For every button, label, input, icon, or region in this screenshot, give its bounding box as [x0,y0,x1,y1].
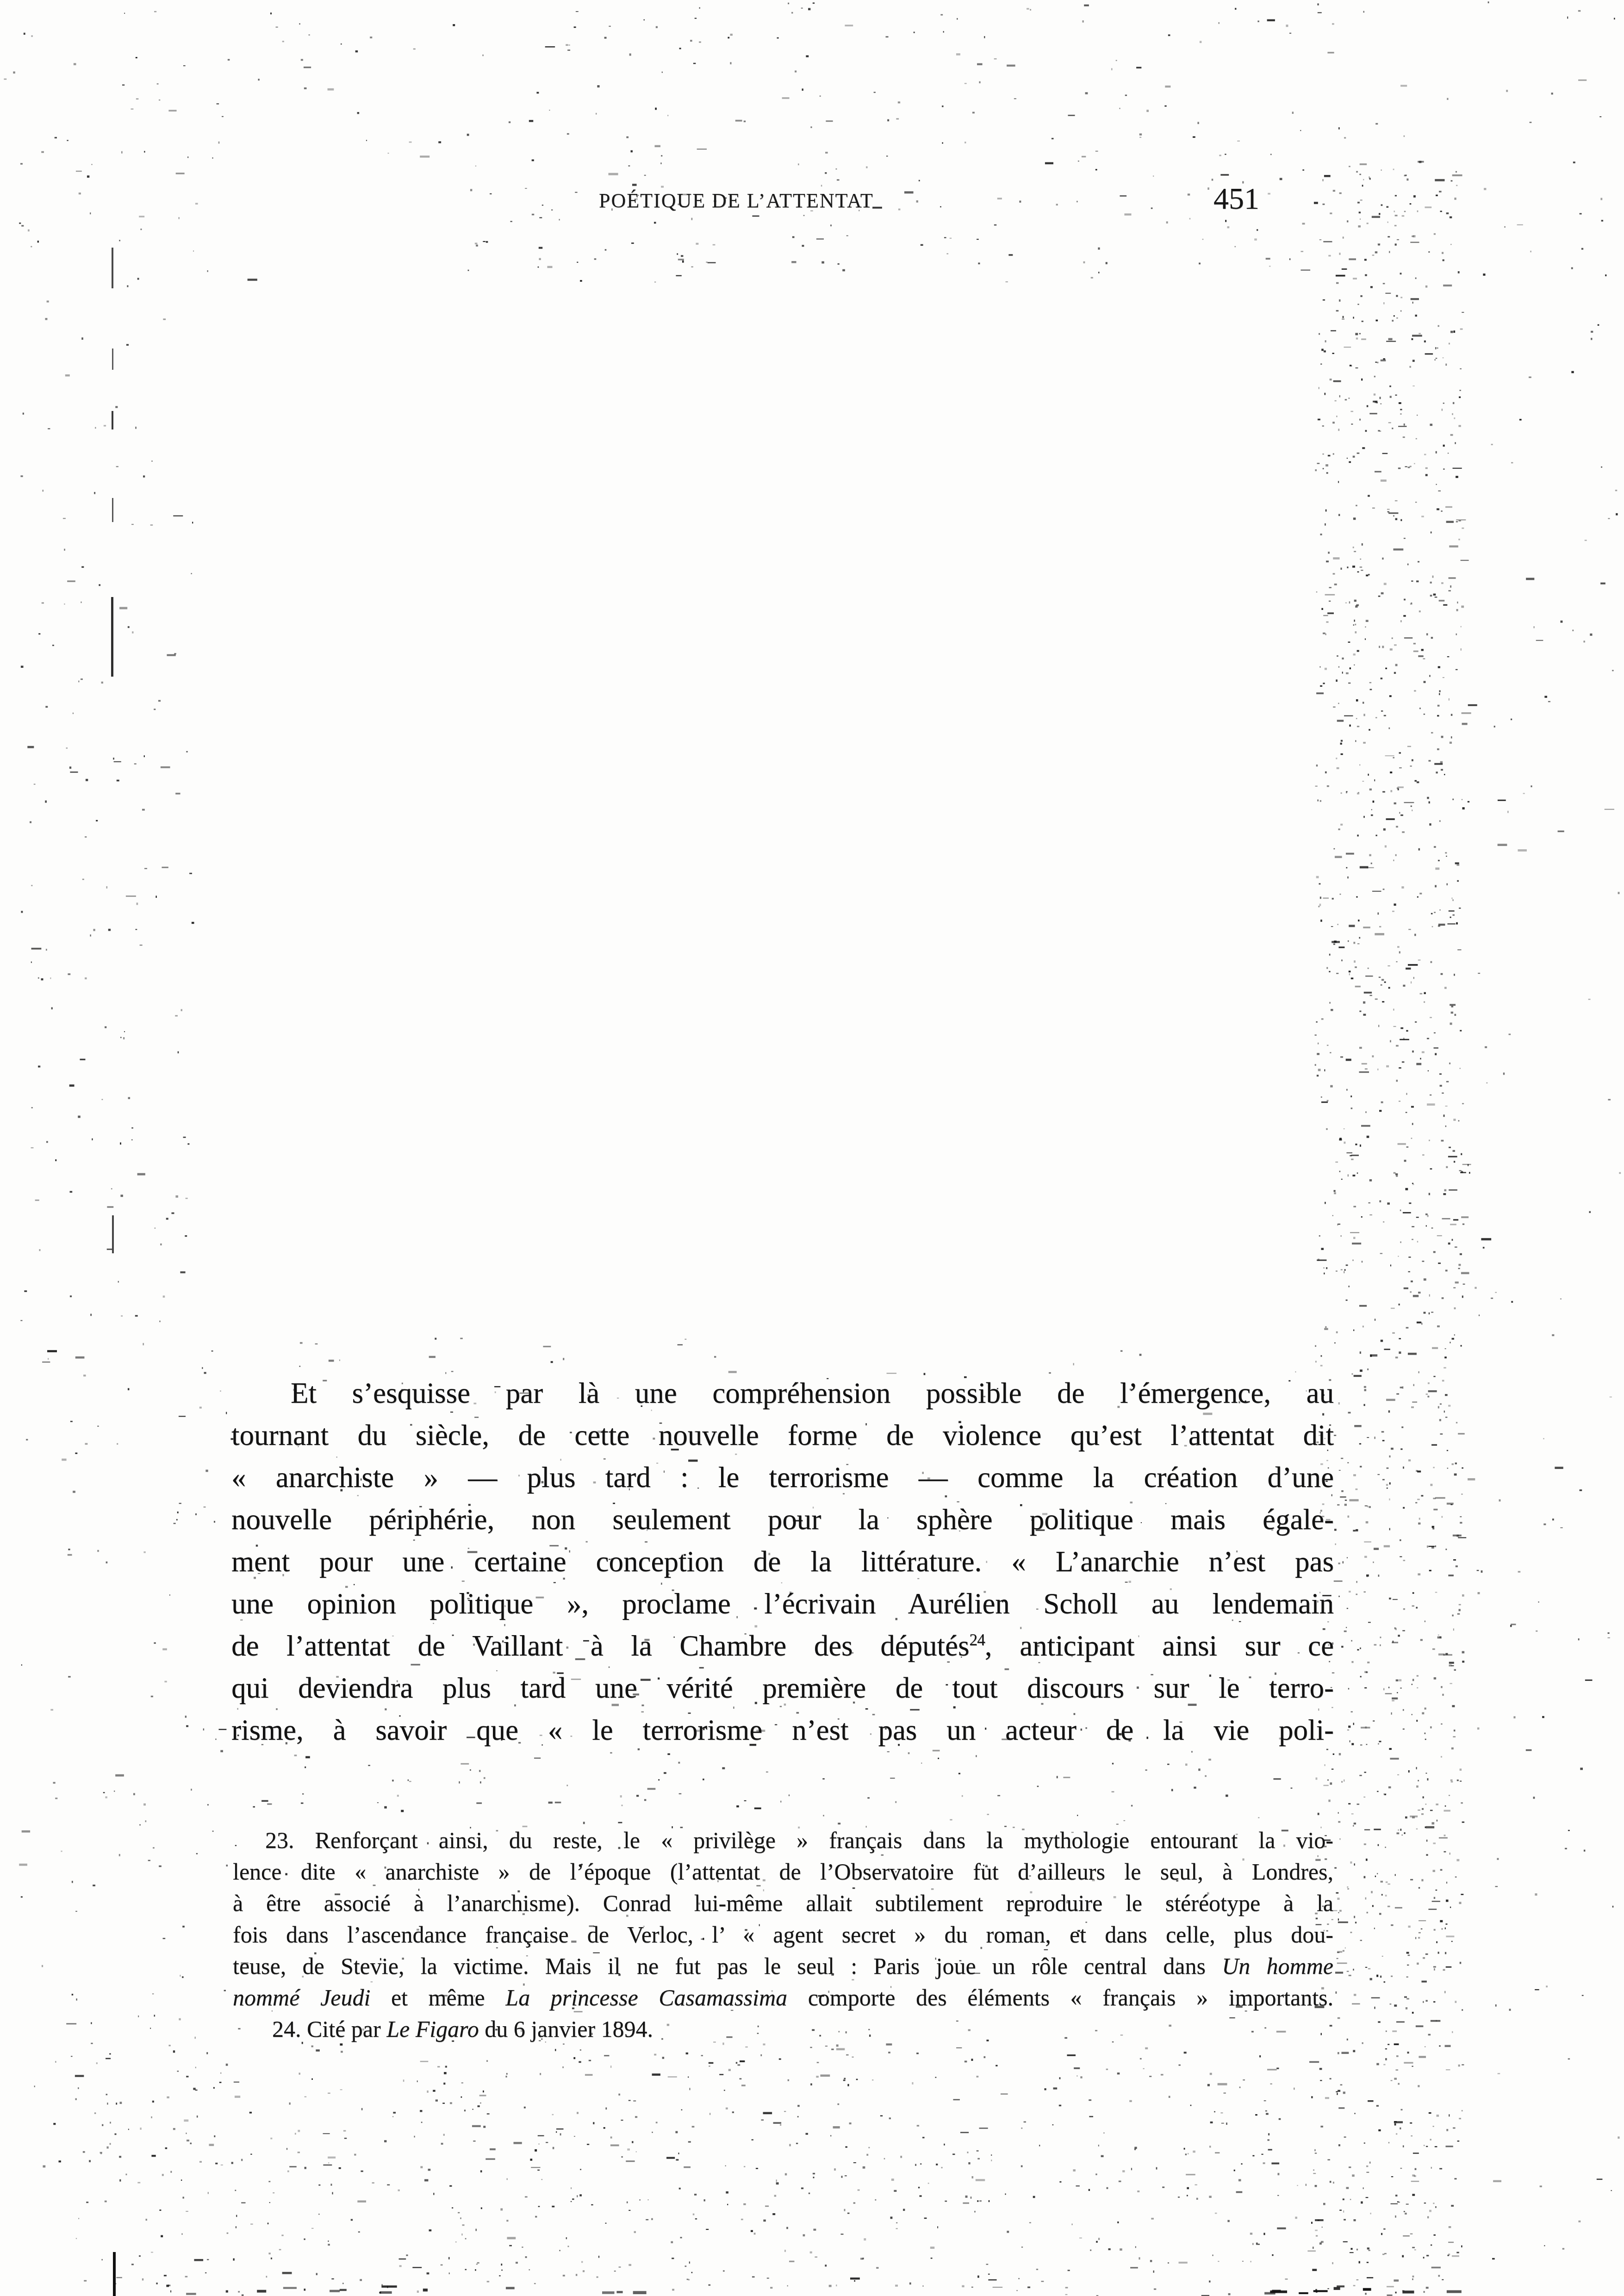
paragraph-line: une opinion politique », proclame l’écri… [231,1583,1334,1625]
footnote-text: du 6 janvier 1894. [479,2016,653,2042]
footnote-text: fois dans l’ascendance française de Verl… [233,1922,1333,1948]
footnote-line: 23. Renforçant ainsi, du reste, le « pri… [233,1824,1333,1856]
scan-artifact-line [111,597,113,677]
footnote-reference-24: 24 [970,1631,985,1649]
paragraph-line: ment pour une certaine conception de la … [231,1541,1334,1583]
running-title: POÉTIQUE DE L’ATTENTAT [599,189,874,212]
book-title: Un homme [1222,1953,1333,1979]
footnote-text: à être associé à l’anarchisme). Conrad l… [233,1890,1333,1916]
footnote-line: nommé Jeudi et même La princesse Casamas… [233,1982,1333,2013]
footnote-text: et même [370,1985,505,2010]
footnote-text: 24. Cité par [272,2016,386,2042]
book-title: La princesse Casamassima [505,1985,787,2010]
book-title: nommé Jeudi [233,1985,370,2010]
footnote-line: teuse, de Stevie, la victime. Mais il ne… [233,1950,1333,1982]
footnote-23: 23. Renforçant ainsi, du reste, le « pri… [233,1824,1333,2013]
footnote-line: lence dite « anarchiste » de l’époque (l… [233,1856,1333,1887]
scan-artifact-line [112,1215,114,1253]
footnotes-section: 23. Renforçant ainsi, du reste, le « pri… [233,1824,1333,2045]
footnote-text: 23. Renforçant ainsi, du reste, le « pri… [265,1827,1333,1853]
paragraph-text: « anarchiste » — plus tard : le terroris… [231,1461,1334,1493]
paragraph-text: de l’attentat de Vaillant à la Chambre d… [231,1630,970,1662]
scan-artifact-line [112,498,113,522]
paragraph-text: une opinion politique », proclame l’écri… [231,1587,1334,1620]
blank-figure-area [194,282,1314,1333]
paragraph-text: qui deviendra plus tard une vérité premi… [231,1672,1334,1704]
scan-artifact-line [113,2252,116,2296]
paragraph-text: , anticipant ainsi sur ce [985,1630,1334,1662]
scan-artifact-line [112,348,113,370]
paragraph-line: « anarchiste » — plus tard : le terroris… [231,1456,1334,1499]
newspaper-title: Le Figaro [386,2016,479,2042]
footnote-line: 24. Cité par Le Figaro du 6 janvier 1894… [233,2013,1333,2045]
footnote-24: 24. Cité par Le Figaro du 6 janvier 1894… [233,2013,1333,2045]
paragraph-text: risme, à savoir que « le terrorisme n’es… [231,1714,1334,1746]
paragraph-text: ment pour une certaine conception de la … [231,1545,1334,1578]
paragraph-line: risme, à savoir que « le terrorisme n’es… [231,1709,1334,1751]
paragraph-line: de l’attentat de Vaillant à la Chambre d… [231,1625,1334,1667]
paragraph-line: nouvelle périphérie, non seulement pour … [231,1499,1334,1541]
footnote-text: comporte des éléments « français » impor… [787,1985,1333,2010]
footnote-line: fois dans l’ascendance française de Verl… [233,1919,1333,1950]
footnote-line: à être associé à l’anarchisme). Conrad l… [233,1887,1333,1919]
paragraph-line: tournant du siècle, de cette nouvelle fo… [231,1414,1334,1456]
paragraph-text: tournant du siècle, de cette nouvelle fo… [231,1419,1334,1451]
footnote-text: lence dite « anarchiste » de l’époque (l… [233,1859,1333,1885]
scan-artifact-line [112,411,113,429]
page-number: 451 [1213,181,1259,217]
paragraph-text: Et s’esquisse par là une compréhension p… [291,1377,1334,1409]
paragraph-line: Et s’esquisse par là une compréhension p… [231,1372,1334,1414]
scan-artifact-line [112,248,113,288]
footnote-text: teuse, de Stevie, la victime. Mais il ne… [233,1953,1222,1979]
main-paragraph: Et s’esquisse par là une compréhension p… [231,1372,1334,1751]
paragraph-line: qui deviendra plus tard une vérité premi… [231,1667,1334,1709]
paragraph-text: nouvelle périphérie, non seulement pour … [231,1503,1334,1536]
scanned-page: { "header": { "running_title": "POÉTIQUE… [0,0,1624,2296]
